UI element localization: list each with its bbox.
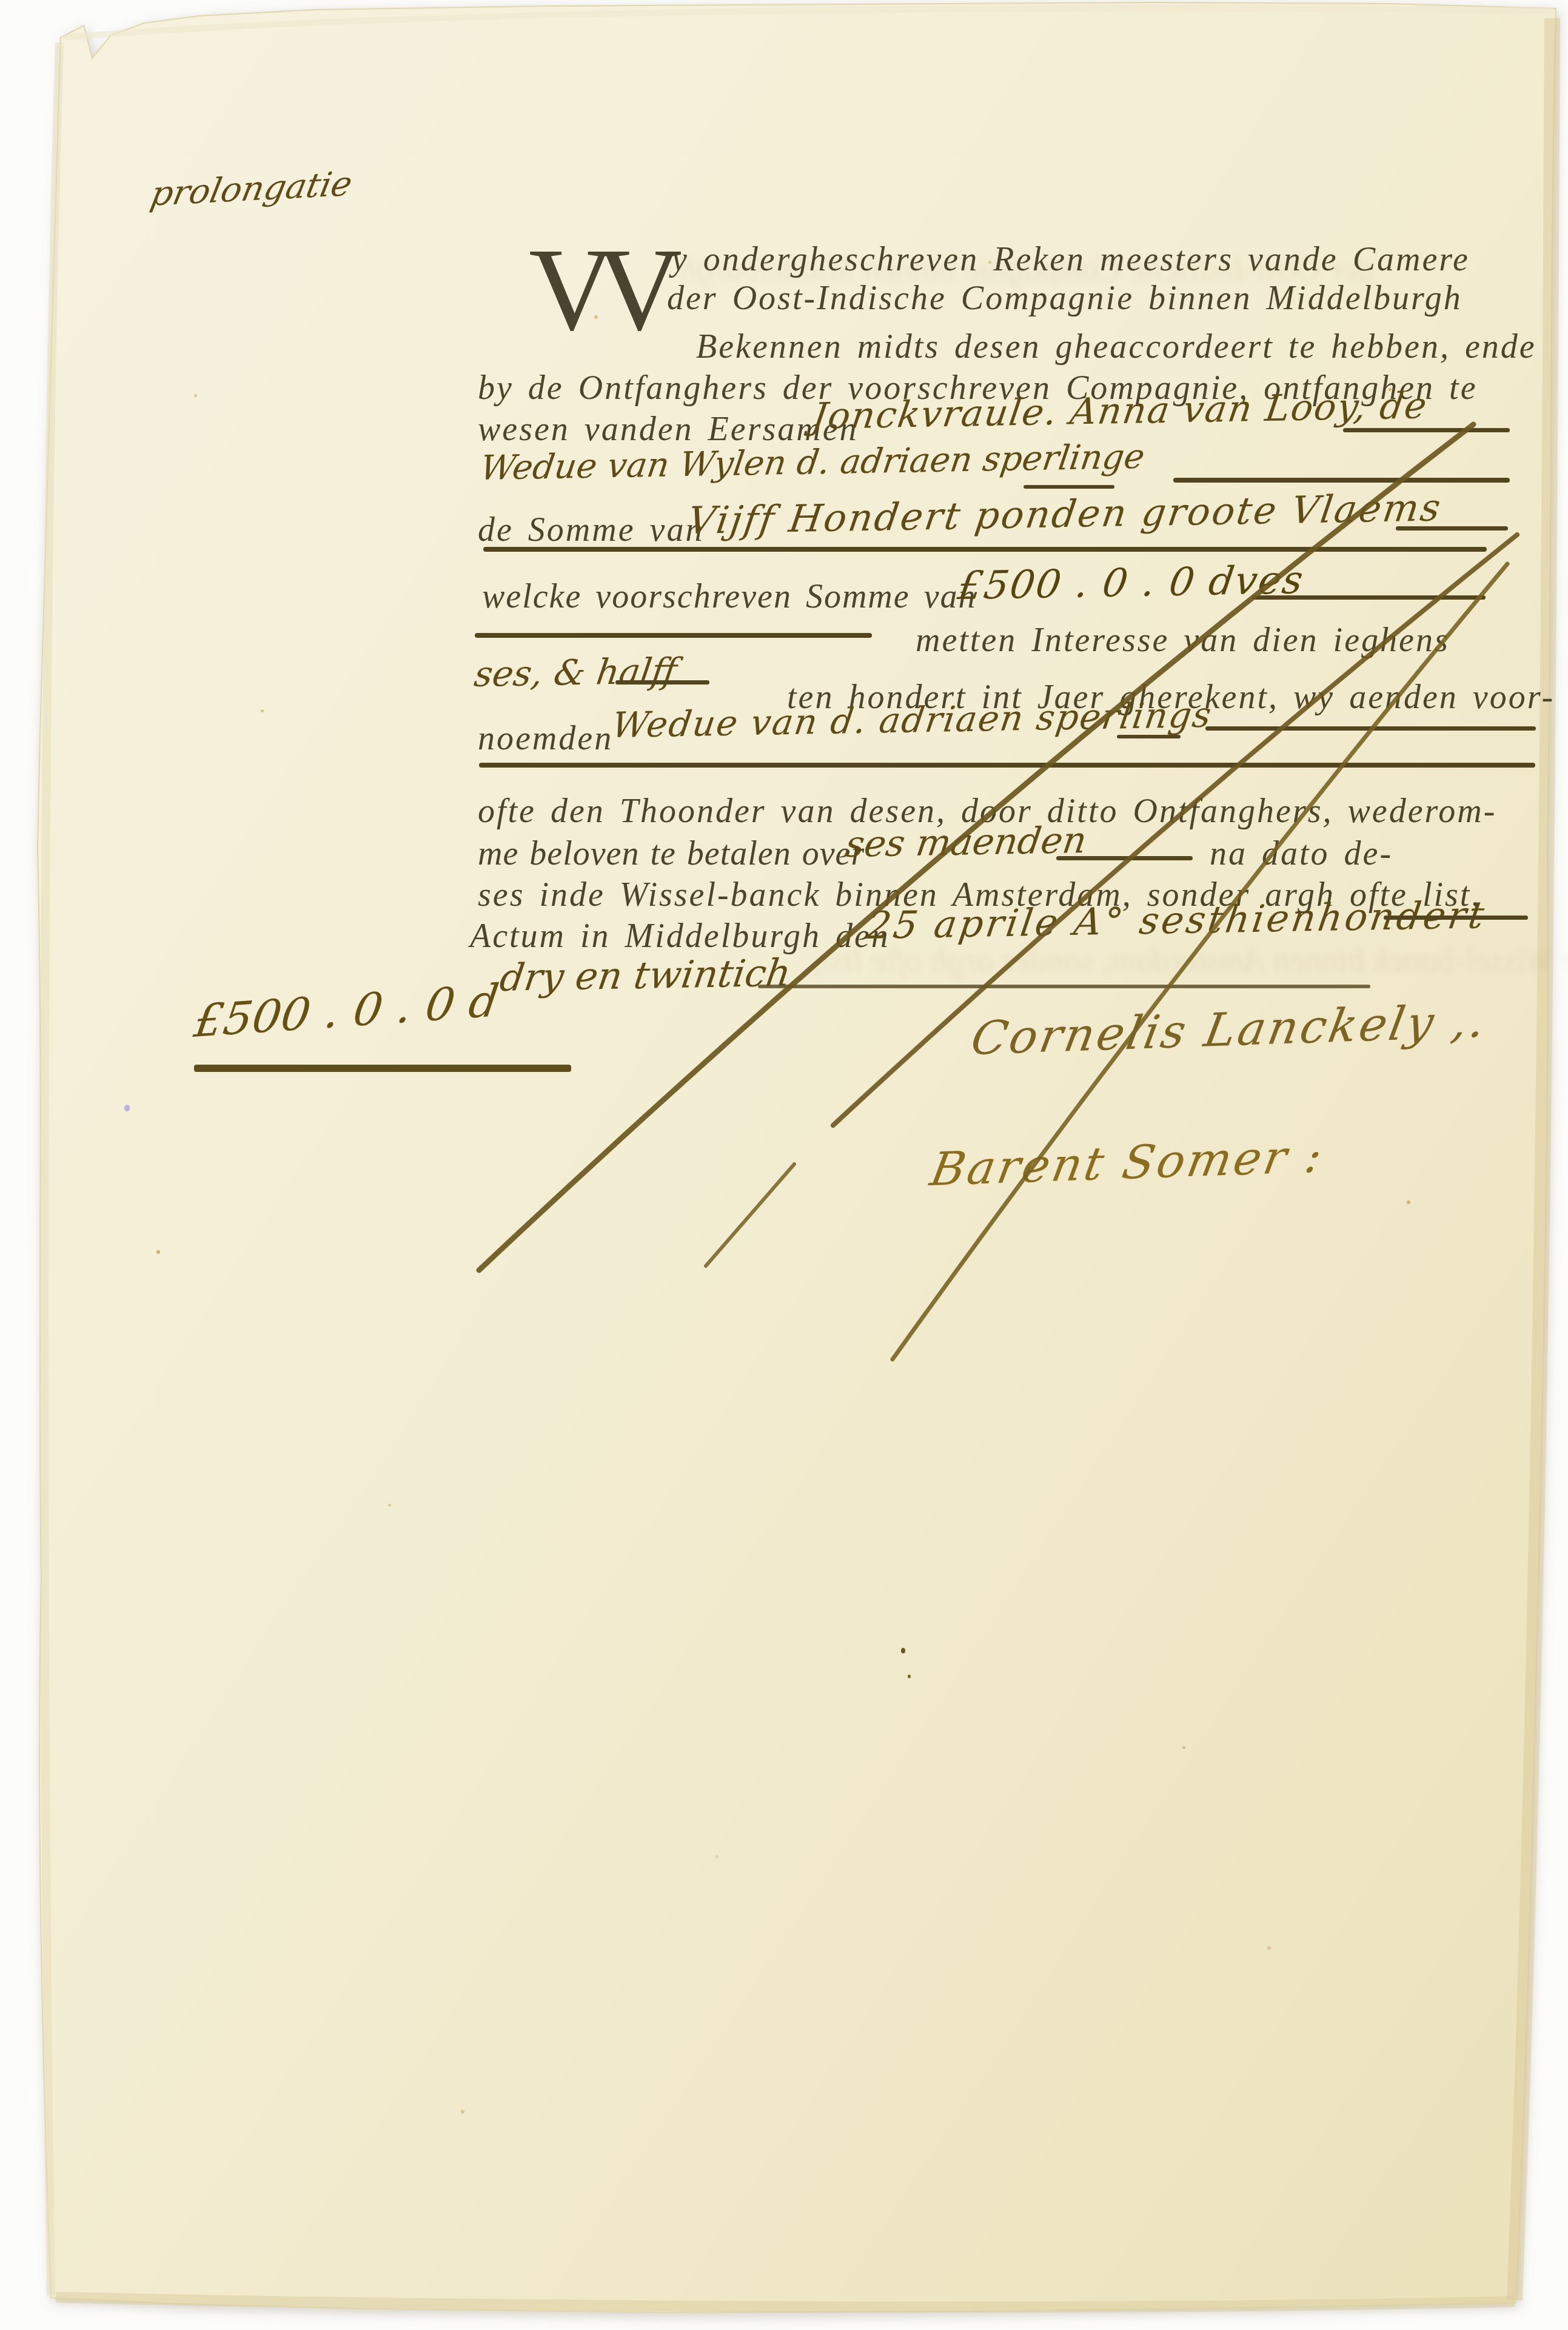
cancellation-stroke bbox=[833, 535, 1517, 1125]
cancellation-stroke bbox=[706, 1164, 794, 1266]
cancellation-strokes bbox=[0, 0, 1568, 2330]
document-canvas: der Oost-Indische Compagnie binnen Midde… bbox=[0, 0, 1568, 2330]
cancellation-stroke bbox=[479, 424, 1473, 1270]
cancellation-stroke bbox=[893, 564, 1507, 1359]
